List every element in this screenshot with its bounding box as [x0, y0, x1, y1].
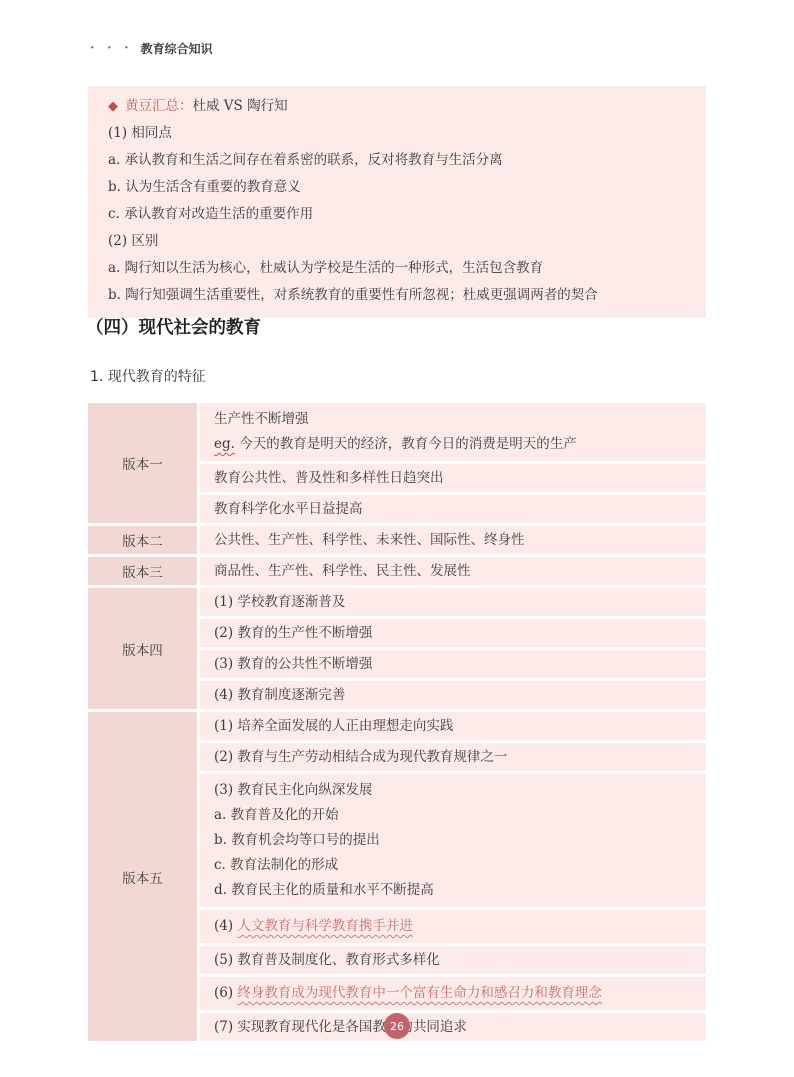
summary-line: c. 承认教育对改造生活的重要作用 [108, 201, 686, 228]
header-title: 教育综合知识 [141, 40, 213, 57]
cell-line: 生产性不断增强 [214, 407, 696, 432]
summary-line: b. 陶行知强调生活重要性，对系统教育的重要性有所忽视；杜威更强调两者的契合 [108, 282, 686, 309]
cell-line: (3) 教育民主化向纵深发展 [214, 778, 696, 803]
table-cell: 商品性、生产性、科学性、民主性、发展性 [200, 557, 706, 585]
highlighted-red-text: 人文教育与科学教育携手并进 [237, 918, 413, 934]
group-label: 版本四 [88, 588, 197, 709]
page-header: · · · 教育综合知识 [90, 40, 213, 57]
feature-table: 版本一 生产性不断增强 eg. 今天的教育是明天的经济，教育今日的消费是明天的生… [88, 403, 706, 1041]
summary-title-line: ◆黄豆汇总：杜威 VS 陶行知 [108, 93, 686, 120]
item-prefix: (4) [214, 918, 237, 934]
table-cell: (4) 人文教育与科学教育携手并进 [200, 910, 706, 943]
table-cell: 生产性不断增强 eg. 今天的教育是明天的经济，教育今日的消费是明天的生产 [200, 403, 706, 461]
table-group-v2: 版本二 公共性、生产性、科学性、未来性、国际性、终身性 [88, 526, 706, 554]
summary-line: (1) 相同点 [108, 120, 686, 147]
table-group-v4: 版本四 (1) 学校教育逐渐普及 (2) 教育的生产性不断增强 (3) 教育的公… [88, 588, 706, 709]
group-rows: 生产性不断增强 eg. 今天的教育是明天的经济，教育今日的消费是明天的生产 教育… [200, 403, 706, 523]
group-rows: (1) 培养全面发展的人正由理想走向实践 (2) 教育与生产劳动相结合成为现代教… [200, 712, 706, 1041]
table-cell: (4) 教育制度逐渐完善 [200, 681, 706, 709]
summary-title: 杜威 VS 陶行知 [193, 98, 288, 114]
table-group-v1: 版本一 生产性不断增强 eg. 今天的教育是明天的经济，教育今日的消费是明天的生… [88, 403, 706, 523]
diamond-icon: ◆ [108, 99, 118, 114]
summary-line: a. 承认教育和生活之间存在着系密的联系，反对将教育与生活分离 [108, 147, 686, 174]
header-dots-icon: · · · [90, 41, 133, 56]
table-cell: (5) 教育普及制度化、教育形式多样化 [200, 946, 706, 974]
section-subheading: 1. 现代教育的特征 [90, 366, 206, 386]
page-number-badge: 26 [384, 1013, 410, 1039]
table-group-v3: 版本三 商品性、生产性、科学性、民主性、发展性 [88, 557, 706, 585]
item-prefix: (6) [214, 985, 237, 1001]
table-cell: (6) 终身教育成为现代教育中一个富有生命力和感召力和教育理念 [200, 977, 706, 1010]
cell-line: d. 教育民主化的质量和水平不断提高 [214, 878, 696, 903]
cell-line: a. 教育普及化的开始 [214, 803, 696, 828]
summary-line: a. 陶行知以生活为核心，杜威认为学校是生活的一种形式，生活包含教育 [108, 255, 686, 282]
cell-line: b. 教育机会均等口号的提出 [214, 828, 696, 853]
group-rows: 商品性、生产性、科学性、民主性、发展性 [200, 557, 706, 585]
group-label: 版本三 [88, 557, 197, 585]
group-label: 版本二 [88, 526, 197, 554]
group-label: 版本一 [88, 403, 197, 523]
eg-label: eg. [214, 436, 235, 452]
table-cell: 教育公共性、普及性和多样性日趋突出 [200, 464, 706, 492]
summary-line: (2) 区别 [108, 228, 686, 255]
table-cell: (1) 学校教育逐渐普及 [200, 588, 706, 616]
summary-label: 黄豆汇总： [125, 98, 193, 114]
summary-box: ◆黄豆汇总：杜威 VS 陶行知 (1) 相同点 a. 承认教育和生活之间存在着系… [88, 86, 706, 318]
table-group-v5: 版本五 (1) 培养全面发展的人正由理想走向实践 (2) 教育与生产劳动相结合成… [88, 712, 706, 1041]
group-label: 版本五 [88, 712, 197, 1041]
summary-line: b. 认为生活含有重要的教育意义 [108, 174, 686, 201]
group-rows: (1) 学校教育逐渐普及 (2) 教育的生产性不断增强 (3) 教育的公共性不断… [200, 588, 706, 709]
table-cell: (1) 培养全面发展的人正由理想走向实践 [200, 712, 706, 740]
cell-line: (6) 终身教育成为现代教育中一个富有生命力和感召力和教育理念 [214, 981, 696, 1006]
group-rows: 公共性、生产性、科学性、未来性、国际性、终身性 [200, 526, 706, 554]
cell-line: c. 教育法制化的形成 [214, 853, 696, 878]
table-cell: (3) 教育民主化向纵深发展 a. 教育普及化的开始 b. 教育机会均等口号的提… [200, 774, 706, 907]
table-cell: (3) 教育的公共性不断增强 [200, 650, 706, 678]
cell-line: eg. 今天的教育是明天的经济，教育今日的消费是明天的生产 [214, 432, 696, 457]
table-cell: (7) 实现教育现代化是各国教育的共同追求 [200, 1013, 706, 1041]
table-cell: (2) 教育的生产性不断增强 [200, 619, 706, 647]
document-page: · · · 教育综合知识 ◆黄豆汇总：杜威 VS 陶行知 (1) 相同点 a. … [0, 0, 794, 1077]
table-cell: 教育科学化水平日益提高 [200, 495, 706, 523]
eg-text: 今天的教育是明天的经济，教育今日的消费是明天的生产 [235, 436, 577, 452]
section-heading: （四）现代社会的教育 [86, 314, 261, 339]
highlighted-red-text: 终身教育成为现代教育中一个富有生命力和感召力和教育理念 [237, 985, 602, 1001]
table-cell: (2) 教育与生产劳动相结合成为现代教育规律之一 [200, 743, 706, 771]
cell-line: (4) 人文教育与科学教育携手并进 [214, 914, 696, 939]
table-cell: 公共性、生产性、科学性、未来性、国际性、终身性 [200, 526, 706, 554]
